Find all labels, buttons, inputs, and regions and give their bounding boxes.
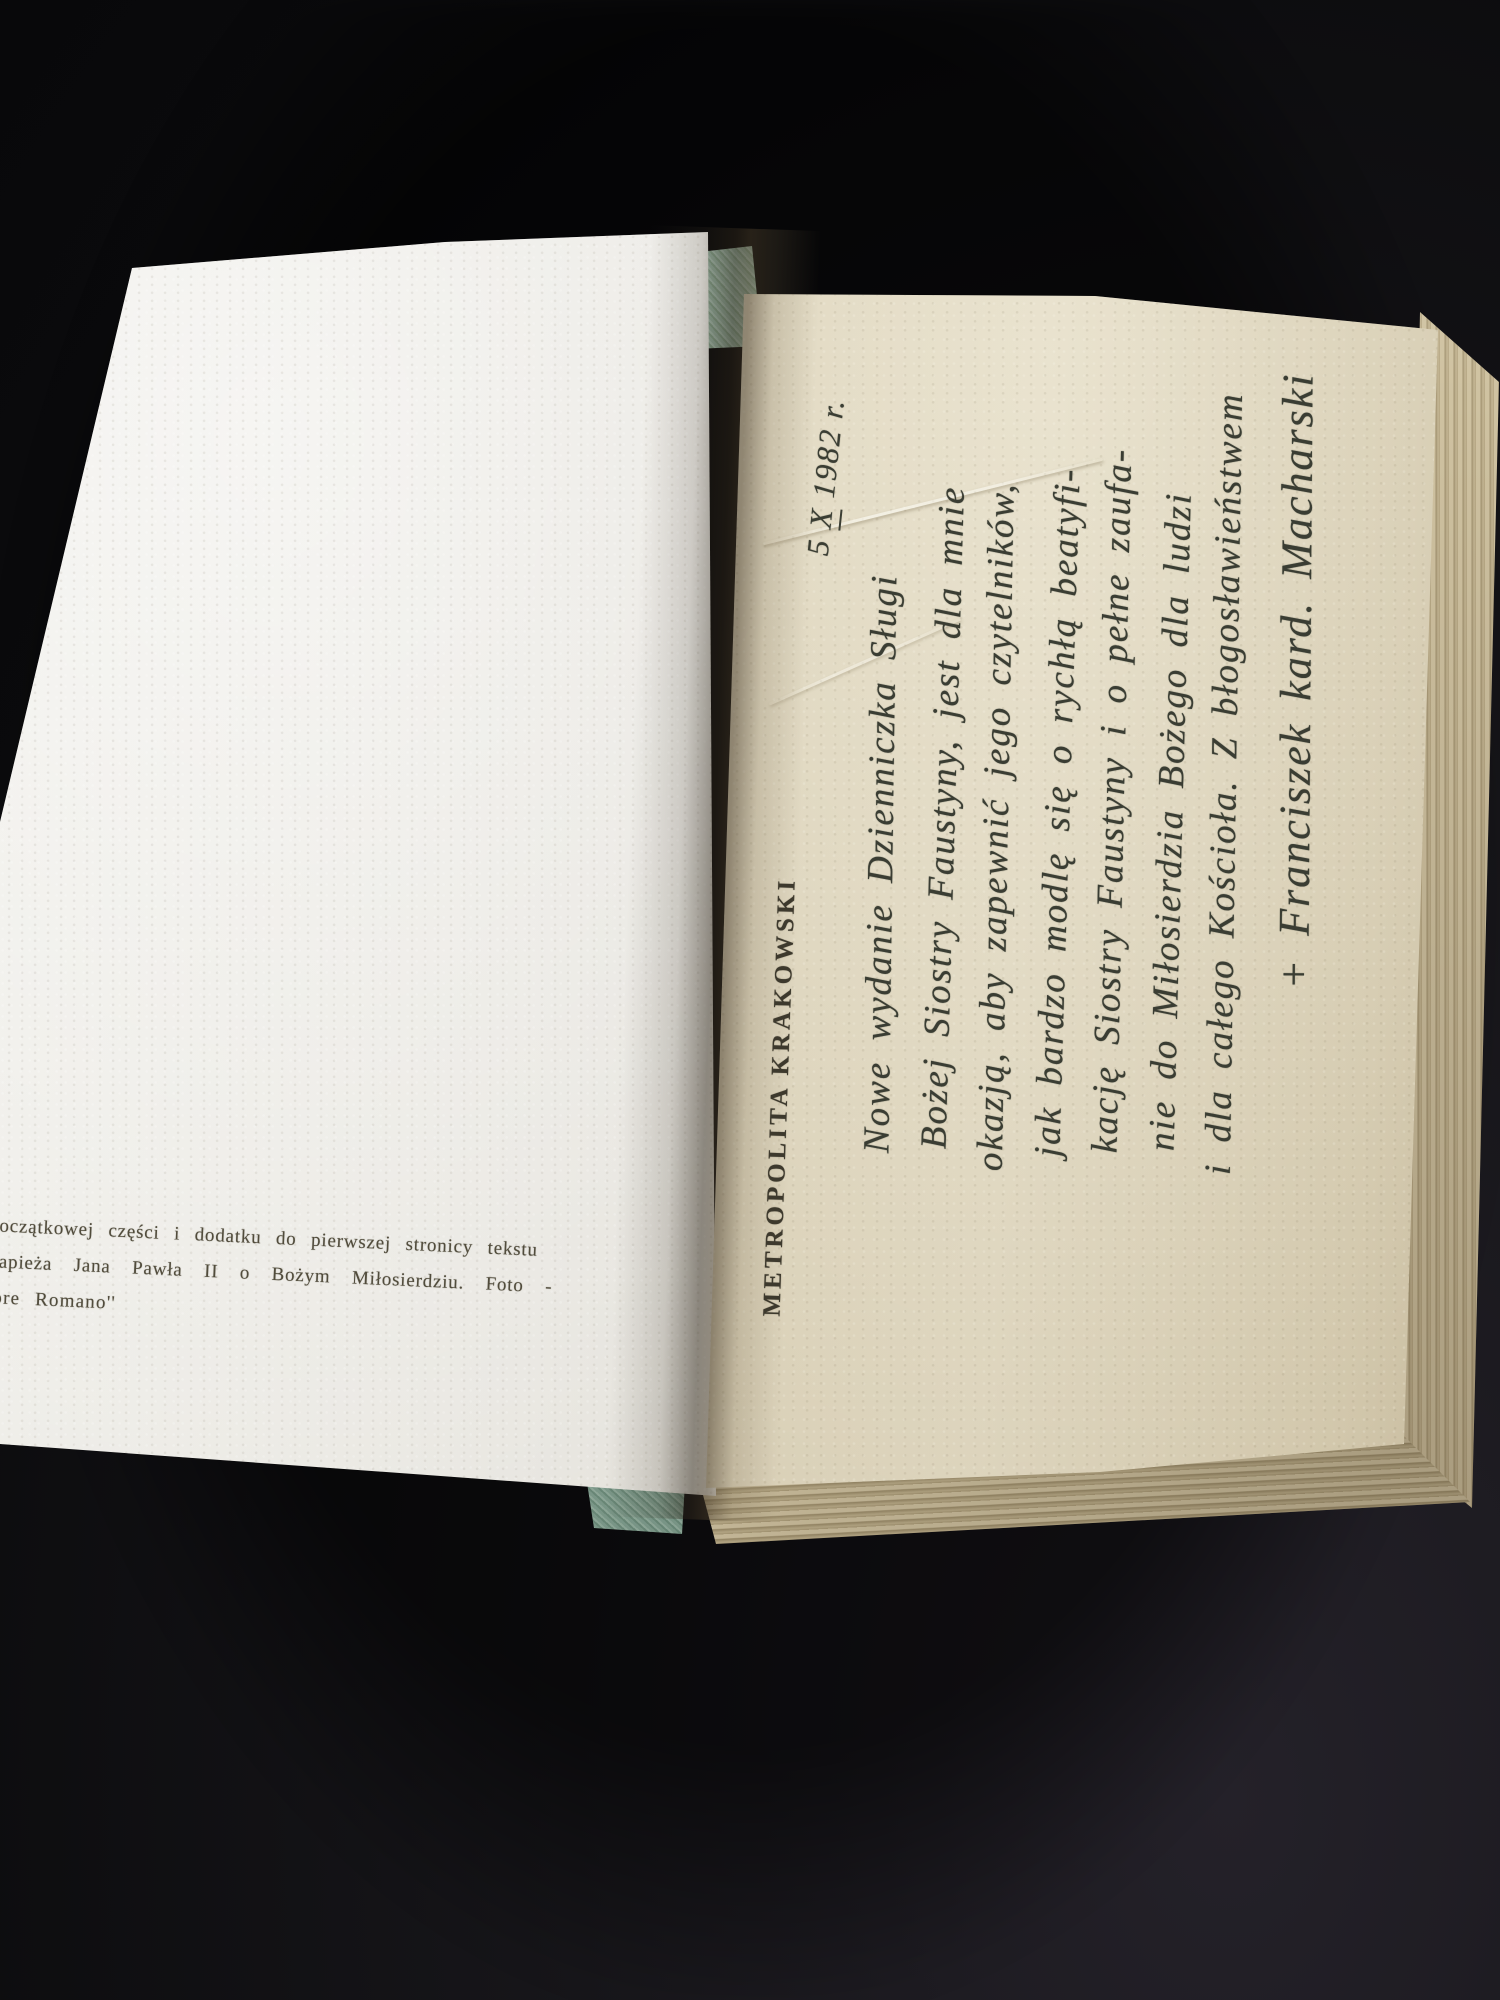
handwritten-inscription-block: METROPOLITA KRAKOWSKI 5 X 1982 r. Nowe w…: [758, 293, 1434, 1355]
date-day: 5: [800, 536, 837, 557]
inscription-date: 5 X 1982 r.: [800, 396, 852, 557]
inscription-signature: + Franciszek kard. Macharski: [1265, 307, 1327, 989]
inscription-body: Nowe wydanie Dzienniczka Sługi Bożej Sio…: [848, 293, 1346, 1169]
inscription-line: Nowe wydanie Dzienniczka Sługi: [848, 293, 917, 1154]
date-month: X: [803, 506, 843, 531]
photo-open-book: początkowej części i dodatku do pierwsze…: [0, 0, 1500, 2000]
date-year: 1982 r.: [806, 396, 851, 499]
